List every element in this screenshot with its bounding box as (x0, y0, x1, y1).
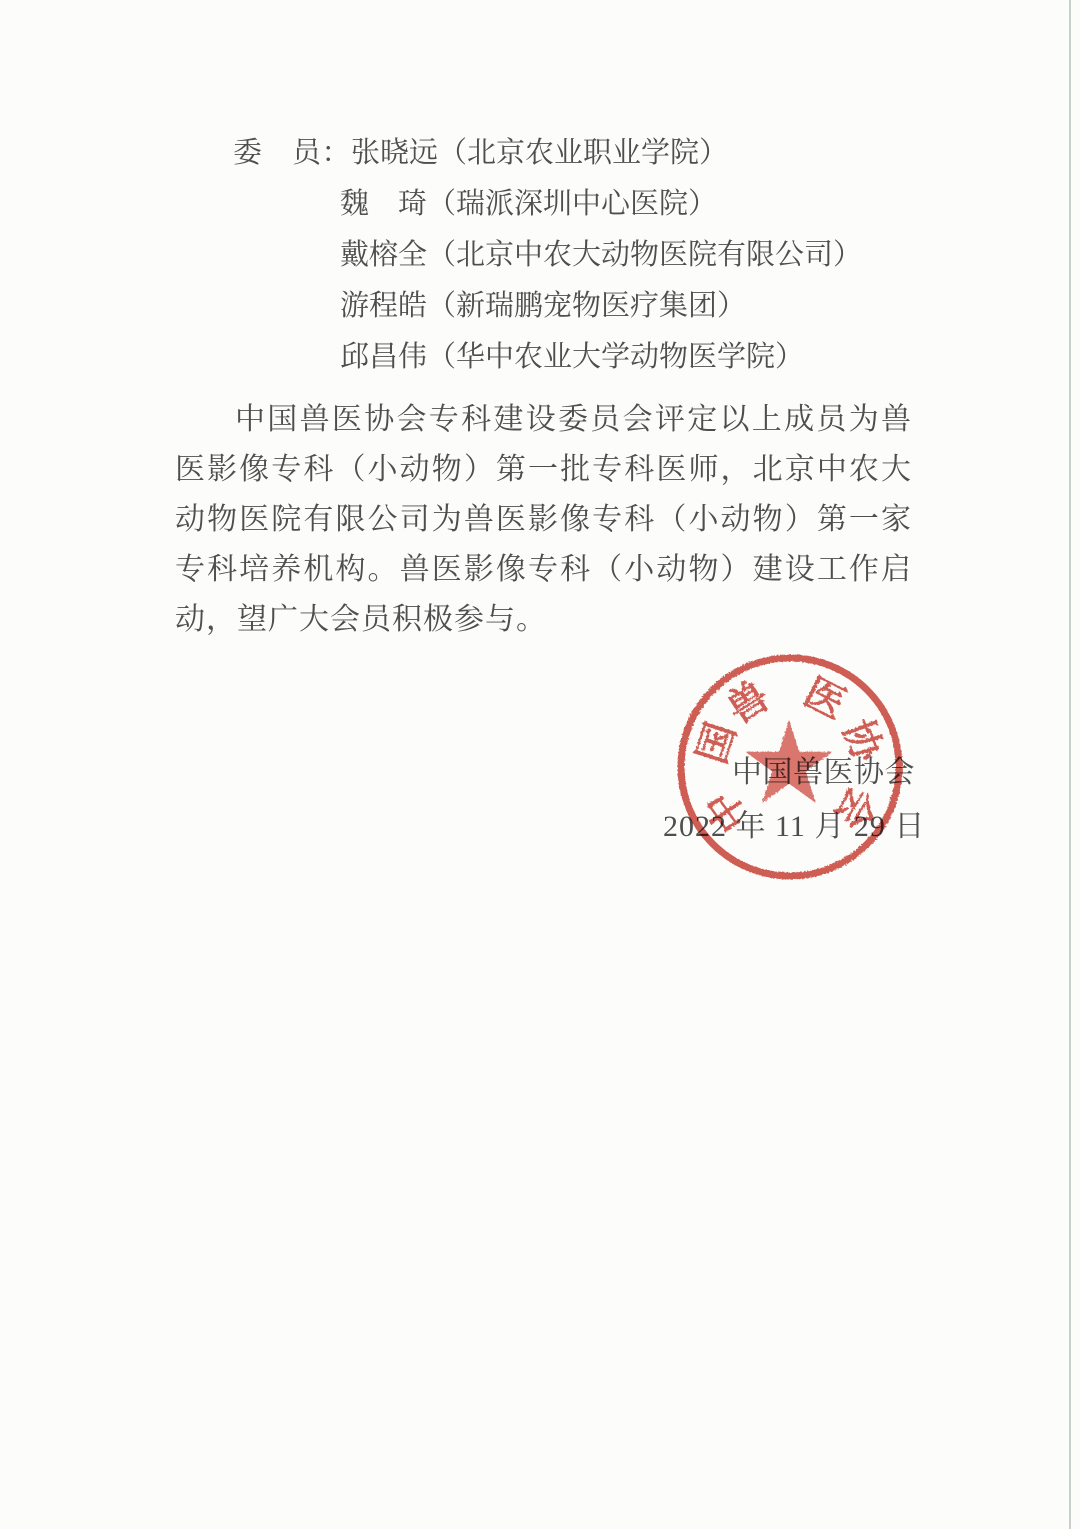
seal-character: 协 (834, 714, 891, 769)
member-name: 邱昌伟 (340, 341, 427, 373)
scan-page-edge (1069, 0, 1071, 1529)
committee-member-list: 委 员：张晓远（北京农业职业学院） 魏 琦（瑞派深圳中心医院） 戴榕全（北京中农… (233, 128, 862, 383)
member-name: 游程皓 (340, 290, 427, 322)
document-page: 委 员：张晓远（北京农业职业学院） 魏 琦（瑞派深圳中心医院） 戴榕全（北京中农… (0, 0, 1080, 1529)
member-affiliation: （北京中农大动物医院有限公司） (427, 239, 862, 271)
member-name: 戴榕全 (340, 239, 427, 271)
member-row: 委 员：张晓远（北京农业职业学院） (233, 128, 862, 179)
member-affiliation: （北京农业职业学院） (438, 137, 728, 169)
member-name: 魏 琦 (340, 188, 427, 220)
member-row: 游程皓（新瑞鹏宠物医疗集团） (340, 281, 862, 332)
seal-star-icon (745, 720, 832, 803)
member-row: 戴榕全（北京中农大动物医院有限公司） (340, 230, 862, 281)
member-row: 邱昌伟（华中农业大学动物医学院） (340, 332, 862, 383)
member-affiliation: （新瑞鹏宠物医疗集团） (427, 290, 746, 322)
member-affiliation: （华中农业大学动物医学院） (427, 341, 804, 373)
official-seal: 中 国 兽 医 协 会 (677, 652, 903, 882)
member-list-label: 委 员： (233, 137, 351, 169)
body-paragraph: 中国兽医协会专科建设委员会评定以上成员为兽医影像专科（小动物）第一批专科医师，北… (175, 395, 912, 645)
member-affiliation: （瑞派深圳中心医院） (427, 188, 717, 220)
seal-character: 国 (689, 717, 744, 769)
member-row: 魏 琦（瑞派深圳中心医院） (340, 179, 862, 230)
member-name: 张晓远 (351, 137, 438, 169)
seal-character: 医 (797, 669, 853, 727)
